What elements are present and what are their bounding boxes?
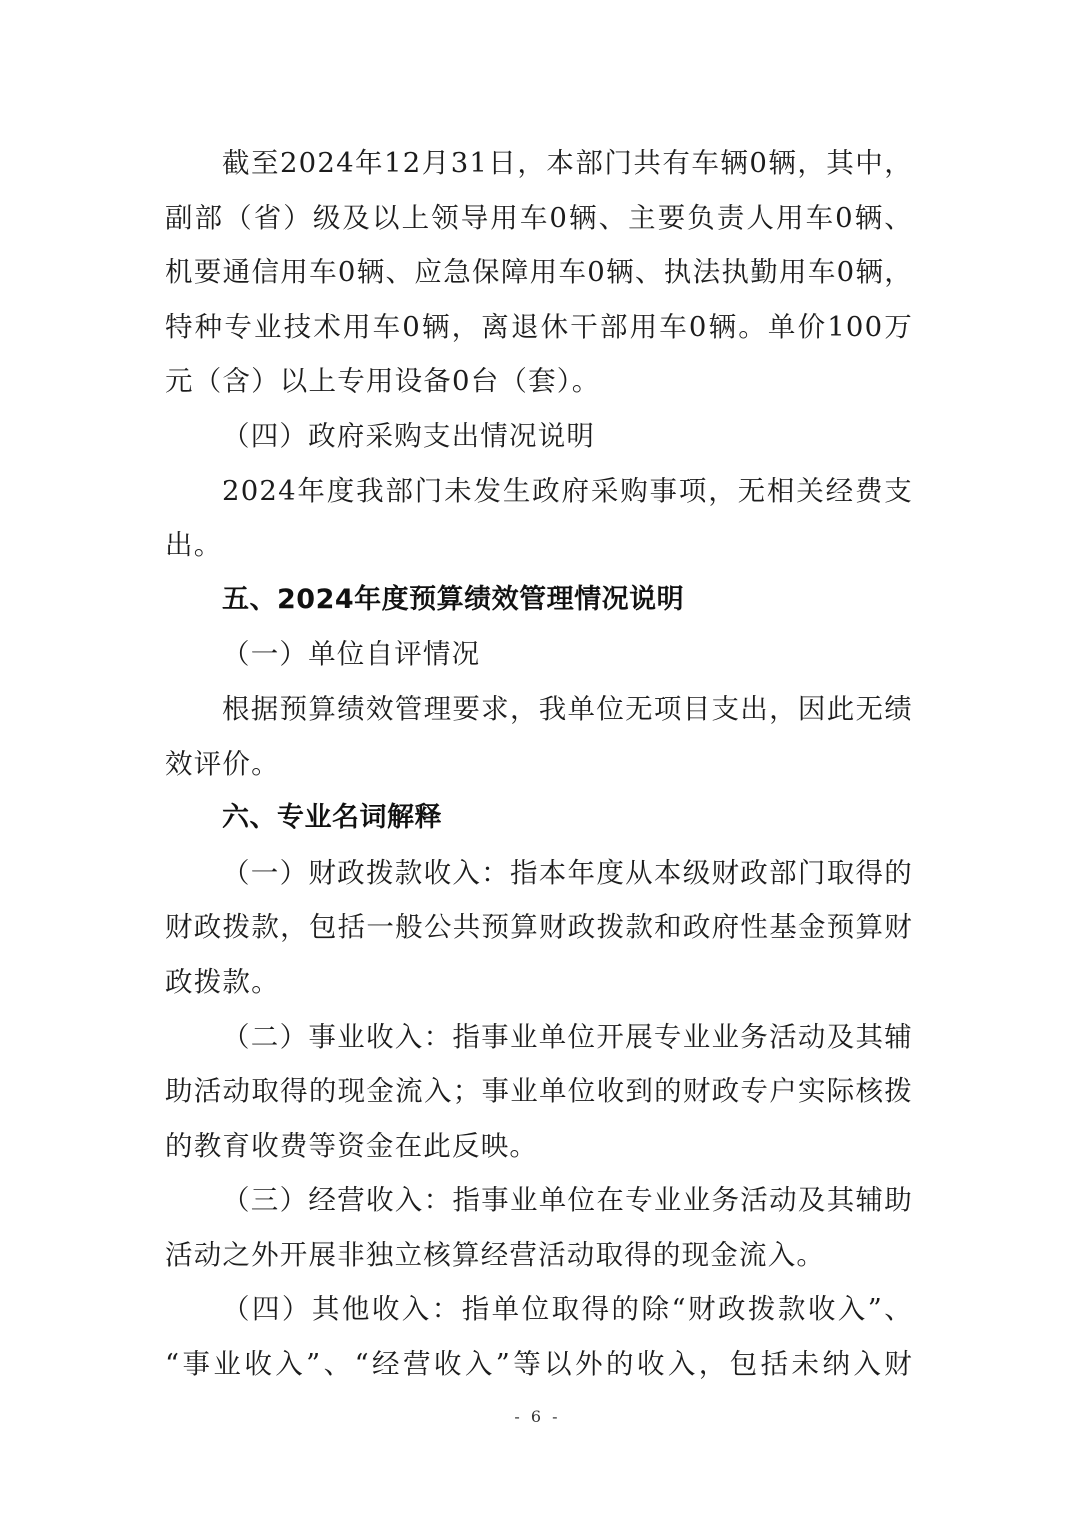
document-body: 截至2024年12月31日，本部门共有车辆0辆，其中， 副部（省）级及以上领导用… bbox=[165, 143, 913, 1399]
text-line: 活动之外开展非独立核算经营活动取得的现金流入。 bbox=[165, 1235, 913, 1290]
section-subheading: （一）单位自评情况 bbox=[165, 634, 913, 689]
paragraph-vehicles: 截至2024年12月31日，本部门共有车辆0辆，其中， 副部（省）级及以上领导用… bbox=[165, 143, 913, 416]
section-heading: 六、专业名词解释 bbox=[165, 798, 913, 853]
heading-section-five: 五、2024年度预算绩效管理情况说明 bbox=[165, 580, 913, 635]
text-line: 元（含）以上专用设备0台（套）。 bbox=[165, 361, 913, 416]
text-line: （二）事业收入：指事业单位开展专业业务活动及其辅 bbox=[165, 1017, 913, 1072]
term-other-income: （四）其他收入：指单位取得的除“财政拨款收入”、 “事业收入”、“经营收入”等以… bbox=[165, 1289, 913, 1398]
term-fiscal-appropriation-income: （一）财政拨款收入：指本年度从本级财政部门取得的 财政拨款，包括一般公共预算财政… bbox=[165, 853, 913, 1017]
text-line: 根据预算绩效管理要求，我单位无项目支出，因此无绩 bbox=[165, 689, 913, 744]
text-line: 的教育收费等资金在此反映。 bbox=[165, 1126, 913, 1181]
text-line: 助活动取得的现金流入；事业单位收到的财政专户实际核拨 bbox=[165, 1071, 913, 1126]
document-page: 截至2024年12月31日，本部门共有车辆0辆，其中， 副部（省）级及以上领导用… bbox=[0, 0, 1075, 1520]
term-operating-income: （三）经营收入：指事业单位在专业业务活动及其辅助 活动之外开展非独立核算经营活动… bbox=[165, 1180, 913, 1289]
text-line: （一）财政拨款收入：指本年度从本级财政部门取得的 bbox=[165, 853, 913, 908]
text-line: 截至2024年12月31日，本部门共有车辆0辆，其中， bbox=[165, 143, 913, 198]
text-line: “事业收入”、“经营收入”等以外的收入，包括未纳入财 bbox=[165, 1344, 913, 1399]
text-line: 机要通信用车0辆、应急保障用车0辆、执法执勤用车0辆， bbox=[165, 252, 913, 307]
heading-section-six: 六、专业名词解释 bbox=[165, 798, 913, 853]
paragraph-procurement: 2024年度我部门未发生政府采购事项，无相关经费支 出。 bbox=[165, 471, 913, 580]
term-business-income: （二）事业收入：指事业单位开展专业业务活动及其辅 助活动取得的现金流入；事业单位… bbox=[165, 1017, 913, 1181]
text-line: 副部（省）级及以上领导用车0辆、主要负责人用车0辆、 bbox=[165, 198, 913, 253]
text-line: 财政拨款，包括一般公共预算财政拨款和政府性基金预算财 bbox=[165, 907, 913, 962]
subheading-procurement: （四）政府采购支出情况说明 bbox=[165, 416, 913, 471]
text-line: 效评价。 bbox=[165, 744, 913, 799]
page-number: - 6 - bbox=[0, 1407, 1075, 1426]
section-heading: 五、2024年度预算绩效管理情况说明 bbox=[165, 580, 913, 635]
text-line: 2024年度我部门未发生政府采购事项，无相关经费支 bbox=[165, 471, 913, 526]
text-line: 特种专业技术用车0辆，离退休干部用车0辆。单价100万 bbox=[165, 307, 913, 362]
text-line: （三）经营收入：指事业单位在专业业务活动及其辅助 bbox=[165, 1180, 913, 1235]
text-line: 出。 bbox=[165, 525, 913, 580]
text-line: 政拨款。 bbox=[165, 962, 913, 1017]
text-line: （四）其他收入：指单位取得的除“财政拨款收入”、 bbox=[165, 1289, 913, 1344]
paragraph-self-evaluation: 根据预算绩效管理要求，我单位无项目支出，因此无绩 效评价。 bbox=[165, 689, 913, 798]
subheading-self-evaluation: （一）单位自评情况 bbox=[165, 634, 913, 689]
section-subheading: （四）政府采购支出情况说明 bbox=[165, 416, 913, 471]
